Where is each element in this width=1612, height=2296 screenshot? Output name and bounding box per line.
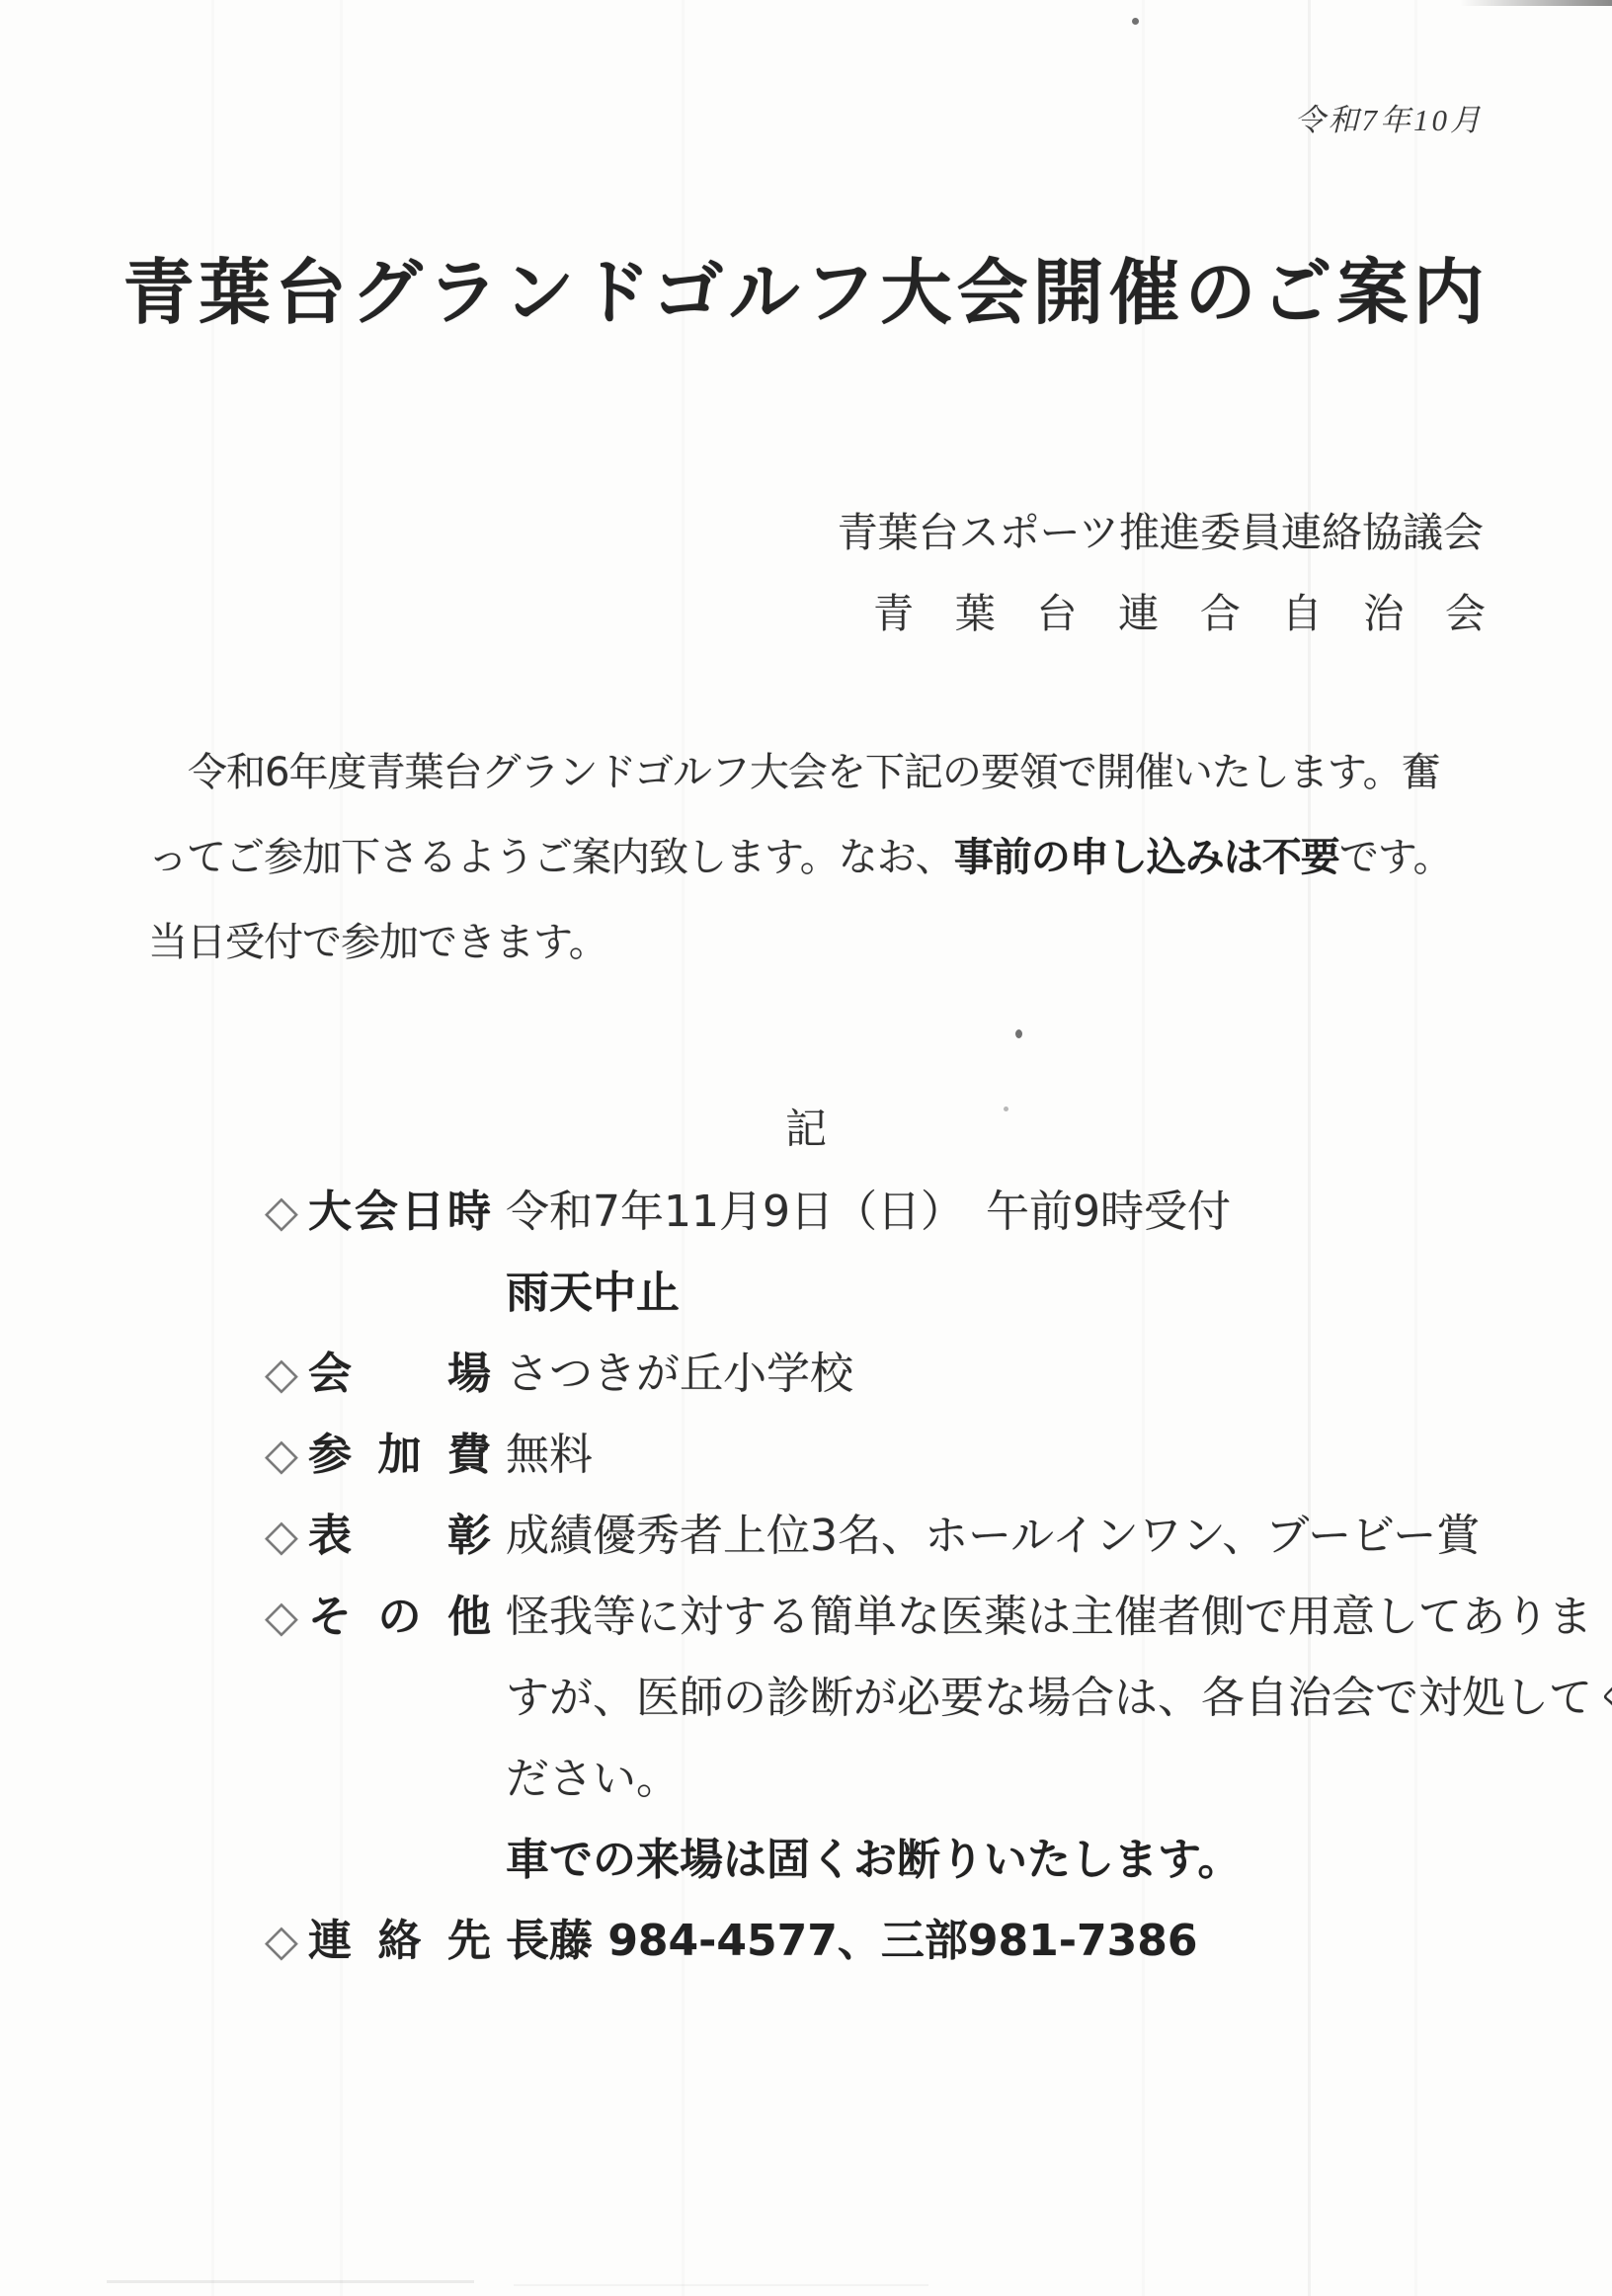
diamond-icon: ◇ [265, 1187, 308, 1237]
intro-line-2-bold: 事前の申し込みは不要 [954, 835, 1339, 880]
other-continuation-line-2: すが、医師の診断が必要な場合は、各自治会で対処してく [506, 1662, 1612, 1725]
intro-line-2-end: です。 [1339, 835, 1452, 880]
scanned-notice-page: 令和7年10月 青葉台グランドゴルフ大会開催のご案内 青葉台スポーツ推進委員連絡… [0, 0, 1612, 2296]
other-continuation-line-3: ださい。 [506, 1743, 680, 1806]
detail-value: 無料 [506, 1430, 593, 1480]
detail-row-other: ◇その他怪我等に対する簡単な医薬は主催者側で用意してありま [265, 1581, 1592, 1644]
diamond-icon: ◇ [265, 1592, 308, 1642]
organization-line-1: 青葉台スポーツ推進委員連絡協議会 [838, 500, 1484, 558]
detail-label: 参加費 [308, 1419, 491, 1482]
detail-value-line-1: 怪我等に対する簡単な医薬は主催者側で用意してありま [506, 1592, 1592, 1642]
organization-line-2: 青葉台連合自治会 [873, 581, 1486, 639]
scan-edge-smudge [1460, 0, 1612, 6]
detail-row-event-datetime: ◇大会日時令和7年11月9日（日） 午前9時受付 [265, 1176, 1231, 1239]
diamond-icon: ◇ [265, 1430, 308, 1480]
detail-value: 令和7年11月9日（日） 午前9時受付 [506, 1187, 1231, 1237]
detail-row-awards: ◇表彰成績優秀者上位3名、ホールインワン、ブービー賞 [265, 1500, 1480, 1563]
record-heading: 記 [0, 1097, 1612, 1156]
no-car-note: 車での来場は固くお断りいたします。 [506, 1824, 1241, 1887]
intro-line-2-regular: ってご参加下さるようご案内致します。なお、 [148, 835, 954, 880]
scan-edge-smudge [514, 2284, 928, 2286]
scan-speck [1015, 1029, 1022, 1038]
detail-label: その他 [308, 1581, 491, 1644]
detail-row-fee: ◇参加費無料 [265, 1419, 593, 1482]
scan-edge-smudge [107, 2280, 474, 2283]
rain-cancel-note: 雨天中止 [506, 1257, 680, 1320]
detail-label: 会場 [308, 1338, 491, 1401]
diamond-icon: ◇ [265, 1511, 308, 1561]
intro-line-1: 令和6年度青葉台グランドゴルフ大会を下記の要領で開催いたします。奮 [148, 741, 1482, 797]
detail-row-venue: ◇会場さつきが丘小学校 [265, 1338, 853, 1401]
scan-speck [1132, 18, 1139, 25]
document-title: 青葉台グランドゴルフ大会開催のご案内 [0, 235, 1612, 338]
detail-label: 大会日時 [308, 1176, 491, 1239]
detail-label: 連絡先 [308, 1905, 491, 1968]
issue-date: 令和7年10月 [1295, 95, 1485, 139]
intro-line-3: 当日受付で参加できます。 [148, 911, 1482, 967]
diamond-icon: ◇ [265, 1349, 308, 1399]
detail-value: 長藤 984-4577、三部981-7386 [506, 1916, 1197, 1966]
detail-value: 成績優秀者上位3名、ホールインワン、ブービー賞 [506, 1511, 1480, 1561]
detail-label: 表彰 [308, 1500, 491, 1563]
intro-line-2: ってご参加下さるようご案内致します。なお、事前の申し込みは不要です。 [148, 826, 1482, 882]
detail-value: さつきが丘小学校 [506, 1349, 853, 1399]
diamond-icon: ◇ [265, 1916, 308, 1966]
detail-row-contact: ◇連絡先長藤 984-4577、三部981-7386 [265, 1905, 1197, 1968]
